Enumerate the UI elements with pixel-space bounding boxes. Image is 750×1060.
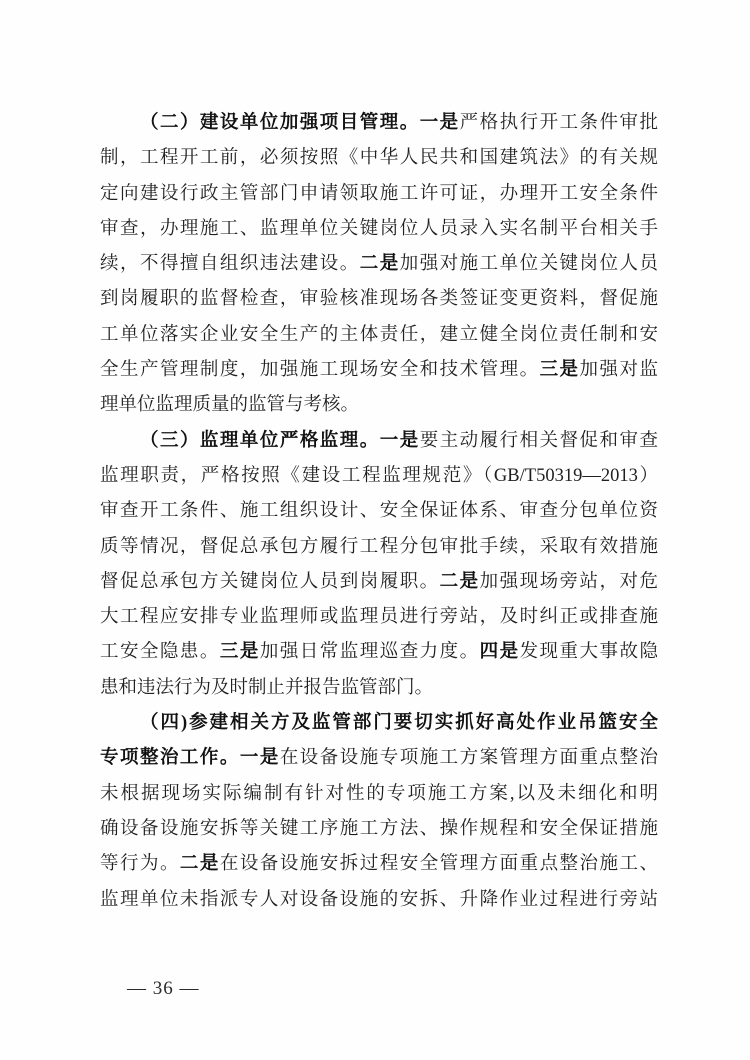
bold-text-segment: 二是	[360, 254, 400, 274]
text-line: 确设备设施安拆等关键工序施工方法、操作规程和安全保证措施	[100, 812, 658, 847]
text-segment: 加强对施工单位关键岗位人员	[400, 254, 658, 274]
text-segment: 定向建设行政主管部门申请领取施工许可证，办理开工安全条件	[100, 184, 658, 204]
text-segment: 监理单位未指派专人对设备设施的安拆、升降作业过程进行旁站	[100, 890, 658, 910]
text-segment: 确设备设施安拆等关键工序施工方法、操作规程和安全保证措施	[100, 819, 658, 839]
text-segment: 制，工程开工前，必须按照《中华人民共和国建筑法》的有关规	[100, 148, 658, 168]
text-line: 工安全隐患。三是加强日常监理巡查力度。四是发现重大事故隐	[100, 635, 658, 670]
text-line: 专项整治工作。一是在设备设施专项施工方案管理方面重点整治	[100, 741, 658, 776]
text-segment: 续，不得擅自组织违法建设。	[100, 254, 360, 274]
text-segment: 严格执行开工条件审批	[460, 113, 658, 133]
text-segment: 审查，办理施工、监理单位关键岗位人员录入实名制平台相关手	[100, 219, 658, 239]
text-line: 患和违法行为及时制止并报告监管部门。	[100, 671, 658, 706]
text-segment: 到岗履职的监督检查，审验核准现场各类签证变更资料，督促施	[100, 289, 658, 309]
text-segment: 工安全隐患。	[100, 642, 220, 662]
bold-text-segment: 二是	[440, 572, 480, 592]
text-segment: 审查开工条件、施工组织设计、安全保证体系、审查分包单位资	[100, 501, 658, 521]
bold-text-segment: 专项整治工作。一是	[100, 748, 280, 768]
text-segment: 理单位监理质量的监管与考核。	[100, 395, 359, 415]
text-line: 督促总承包方关键岗位人员到岗履职。二是加强现场旁站，对危	[100, 565, 658, 600]
text-line: 理单位监理质量的监管与考核。	[100, 388, 658, 423]
text-line: 到岗履职的监督检查，审验核准现场各类签证变更资料，督促施	[100, 282, 658, 317]
text-segment: 监理职责，严格按照《建设工程监理规范》（GB/T50319—2013）	[100, 466, 658, 486]
text-line: 未根据现场实际编制有针对性的专项施工方案,以及未细化和明	[100, 777, 658, 812]
text-line: 定向建设行政主管部门申请领取施工许可证，办理开工安全条件	[100, 177, 658, 212]
text-segment: 加强日常监理巡查力度。	[260, 642, 480, 662]
text-segment: 等行为。	[100, 854, 180, 874]
text-line: 等行为。二是在设备设施安拆过程安全管理方面重点整治施工、	[100, 847, 658, 882]
text-segment: 在设备设施专项施工方案管理方面重点整治	[280, 748, 658, 768]
bold-text-segment: 二是	[180, 854, 220, 874]
text-line: 质等情况，督促总承包方履行工程分包审批手续，采取有效措施	[100, 530, 658, 565]
text-segment: 工单位落实企业安全生产的主体责任，建立健全岗位责任制和安	[100, 325, 658, 345]
page-number: — 36 —	[127, 978, 200, 1000]
bold-text-segment: 三是	[220, 642, 260, 662]
bold-text-segment: （四)参建相关方及监管部门要切实抓好高处作业吊篮安全	[140, 713, 658, 733]
text-segment: 加强现场旁站，对危	[480, 572, 658, 592]
bold-text-segment: 三是	[540, 360, 580, 380]
text-segment: 发现重大事故隐	[520, 642, 658, 662]
text-segment: 加强对监	[580, 360, 658, 380]
text-segment: 要主动履行相关督促和审查	[420, 431, 658, 451]
text-paragraph-section-4-hanging-basket-special-rectification: （四)参建相关方及监管部门要切实抓好高处作业吊篮安全专项整治工作。一是在设备设施…	[100, 706, 658, 918]
bold-text-segment: （三）监理单位严格监理。一是	[140, 431, 420, 451]
text-segment: 在设备设施安拆过程安全管理方面重点整治施工、	[220, 854, 658, 874]
text-line: 制，工程开工前，必须按照《中华人民共和国建筑法》的有关规	[100, 141, 658, 176]
text-line: 全生产管理制度，加强施工现场安全和技术管理。三是加强对监	[100, 353, 658, 388]
text-segment: 大工程应安排专业监理师或监理员进行旁站，及时纠正或排查施	[100, 607, 658, 627]
text-segment: 质等情况，督促总承包方履行工程分包审批手续，采取有效措施	[100, 537, 658, 557]
text-line: （四)参建相关方及监管部门要切实抓好高处作业吊篮安全	[100, 706, 658, 741]
text-line: 大工程应安排专业监理师或监理员进行旁站，及时纠正或排查施	[100, 600, 658, 635]
text-line: 审查，办理施工、监理单位关键岗位人员录入实名制平台相关手	[100, 212, 658, 247]
document-body: （二）建设单位加强项目管理。一是严格执行开工条件审批制，工程开工前，必须按照《中…	[100, 106, 658, 918]
text-segment: 患和违法行为及时制止并报告监管部门。	[100, 678, 433, 698]
text-line: 监理职责，严格按照《建设工程监理规范》（GB/T50319—2013）	[100, 459, 658, 494]
bold-text-segment: 四是	[480, 642, 520, 662]
text-segment: 全生产管理制度，加强施工现场安全和技术管理。	[100, 360, 540, 380]
text-line: （二）建设单位加强项目管理。一是严格执行开工条件审批	[100, 106, 658, 141]
document-page: （二）建设单位加强项目管理。一是严格执行开工条件审批制，工程开工前，必须按照《中…	[0, 0, 750, 1060]
text-line: 监理单位未指派专人对设备设施的安拆、升降作业过程进行旁站	[100, 883, 658, 918]
text-paragraph-section-3-supervision-unit: （三）监理单位严格监理。一是要主动履行相关督促和审查监理职责，严格按照《建设工程…	[100, 424, 658, 706]
bold-text-segment: （二）建设单位加强项目管理。一是	[140, 113, 460, 133]
text-line: 续，不得擅自组织违法建设。二是加强对施工单位关键岗位人员	[100, 247, 658, 282]
text-segment: 督促总承包方关键岗位人员到岗履职。	[100, 572, 440, 592]
text-line: 工单位落实企业安全生产的主体责任，建立健全岗位责任制和安	[100, 318, 658, 353]
text-segment: 未根据现场实际编制有针对性的专项施工方案,以及未细化和明	[100, 784, 658, 804]
text-line: （三）监理单位严格监理。一是要主动履行相关督促和审查	[100, 424, 658, 459]
text-line: 审查开工条件、施工组织设计、安全保证体系、审查分包单位资	[100, 494, 658, 529]
text-paragraph-section-2-construction-unit: （二）建设单位加强项目管理。一是严格执行开工条件审批制，工程开工前，必须按照《中…	[100, 106, 658, 424]
